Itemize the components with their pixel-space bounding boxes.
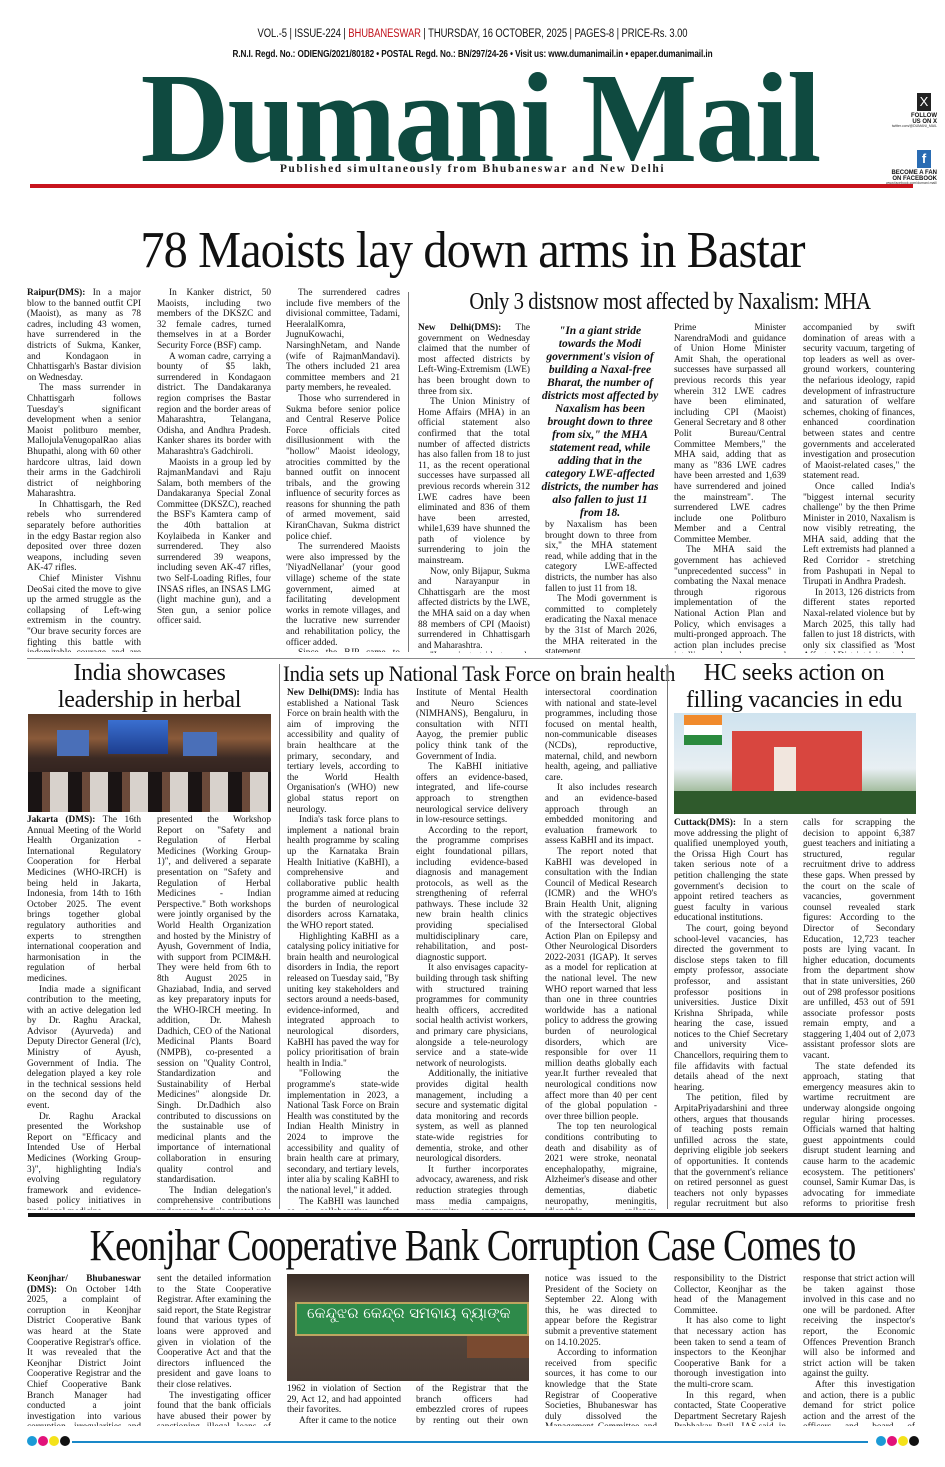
lead-story-column-3: The surrendered cadres include five memb…: [286, 288, 400, 652]
masthead-red-rule: [30, 184, 913, 188]
x-logo-icon: X: [917, 93, 931, 111]
bank-signboard-photo: କେନ୍ଦୁଝର କେନ୍ଦ୍ର ସମବାୟ ବ୍ୟାଙ୍କ: [287, 1274, 529, 1381]
magenta-dot-icon: [887, 1436, 897, 1446]
herbal-column-1: Jakarta (DMS): The 16th Annual Meeting o…: [27, 815, 141, 1210]
stage-screen: [108, 720, 168, 754]
cyan-dot-icon: [876, 1436, 886, 1446]
black-dot-icon: [60, 1436, 70, 1446]
brain-headline: India sets up National Task Force on bra…: [283, 660, 612, 687]
black-dot-icon: [909, 1436, 919, 1446]
registration-dots-right: [876, 1436, 919, 1446]
facebook-icon: f: [917, 150, 931, 168]
herbal-column-2: presented the Workshop Report on "Safety…: [157, 815, 271, 1210]
section-divider: [27, 658, 915, 659]
bank-column-1: Keonjhar/ Bhubaneswar (DMS): On October …: [27, 1274, 141, 1426]
brain-column-2: Institute of Mental Health and Neuro Sci…: [416, 688, 528, 1210]
cyan-dot-icon: [27, 1436, 37, 1446]
lead-headline: 78 Maoists lay down arms in Bastar: [33, 222, 912, 280]
bank-column-4: notice was issued to the President of th…: [545, 1274, 657, 1426]
brain-column-3: intersectoral coordination with national…: [545, 688, 657, 1210]
bank-column-3a: 1962 in violation of Section 29, Act 12,…: [287, 1384, 401, 1426]
column-divider: [667, 664, 668, 1209]
yellow-dot-icon: [898, 1436, 908, 1446]
masthead-logo: Dumani Mail: [115, 68, 845, 168]
masthead-tagline: Published simultaneously from Bhubaneswa…: [0, 163, 945, 175]
bank-column-2: sent the detailed information to the Sta…: [157, 1274, 271, 1426]
bank-signboard-text: କେନ୍ଦୁଝର କେନ୍ଦ୍ର ସମବାୟ ବ୍ୟାଙ୍କ: [295, 1302, 529, 1336]
facebook-fan-link[interactable]: f BECOME A FAN ON FACEBOOK www.facebook.…: [872, 150, 940, 186]
magenta-dot-icon: [38, 1436, 48, 1446]
yellow-dot-icon: [49, 1436, 59, 1446]
footer-blue-rule: [72, 1441, 868, 1443]
column-divider: [279, 664, 280, 1209]
bank-column-5: responsibility to the District Collector…: [674, 1274, 786, 1426]
section-divider-heavy: [28, 1213, 915, 1217]
column-divider: [408, 292, 409, 652]
hc-column-1: Cuttack(DMS): In a stern move addressing…: [674, 818, 788, 1210]
mha-column-3: Prime Minister NarendraModi and guidance…: [674, 323, 786, 653]
registration-dots-left: [27, 1436, 70, 1446]
bank-column-3b: of the Registrar that the branch officer…: [416, 1384, 528, 1426]
mha-headline: Only 3 distsnow most affected by Naxalis…: [455, 288, 885, 316]
herbal-conference-photo: [28, 714, 271, 812]
mha-pull-quote: "In a giant stride towards the Modi gove…: [540, 325, 660, 520]
lead-story-column-2: In Kanker district, 50 Maoists, includin…: [157, 288, 271, 652]
mha-column-4: accompanied by swift domination of areas…: [803, 323, 915, 653]
lead-story-column-1: Raipur(DMS): In a major blow to the bann…: [27, 288, 141, 652]
edition-city: BHUBANESWAR: [348, 28, 421, 40]
follow-on-x[interactable]: X FOLLOW US ON X twitter.com/@DUMANI_MAI…: [872, 93, 940, 129]
edition-line: VOL.-5 | ISSUE-224 | BHUBANESWAR | THURS…: [85, 28, 860, 40]
dateline: Raipur(DMS):: [27, 288, 85, 298]
mha-column-2: by Naxalism has been brought down to thr…: [545, 520, 657, 653]
high-court-photo: [674, 713, 916, 814]
edition-price: PRICE-Rs. 3.00: [622, 28, 688, 40]
bank-column-6: response that strict action will be take…: [803, 1274, 915, 1426]
brain-column-1: New Delhi(DMS): India has established a …: [287, 688, 399, 1210]
edition-date: THURSDAY, 16 OCTOBER, 2025: [428, 28, 567, 40]
hc-column-2: calls for scrapping the decision to appo…: [803, 818, 915, 1210]
mha-column-1: New Delhi(DMS): The government on Wednes…: [418, 323, 530, 653]
flag-saffron: [684, 715, 722, 725]
